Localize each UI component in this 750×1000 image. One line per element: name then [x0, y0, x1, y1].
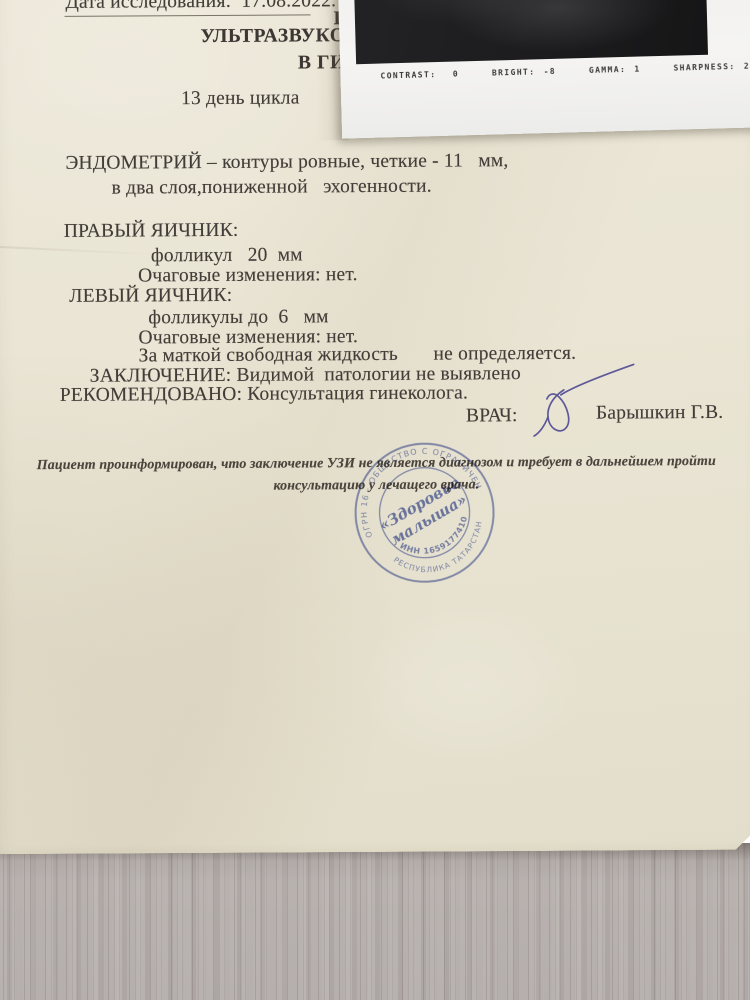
- ultrasound-printout-paper: CONTRAST: 0 BRIGHT: -8 GAMMA: 1 SHARPNES…: [337, 0, 750, 139]
- report-content: Дата исследования: 17.08.2022. П УЛЬТРАЗ…: [0, 0, 750, 852]
- endometrium-line2: в два слоя,пониженной эхогенности.: [112, 176, 432, 200]
- right-ovary-header: ПРАВЫЙ ЯИЧНИК:: [64, 220, 239, 243]
- paper-crease: [0, 246, 164, 256]
- report-sheet: Дата исследования: 17.08.2022. П УЛЬТРАЗ…: [0, 0, 750, 854]
- ultrasound-settings-line: CONTRAST: 0 BRIGHT: -8 GAMMA: 1 SHARPNES…: [380, 62, 750, 81]
- doctor-signature: [520, 348, 681, 449]
- date-underline: [65, 14, 311, 17]
- endometrium-line1: ЭНДОМЕТРИЙ – контуры ровные, четкие - 11…: [65, 150, 508, 175]
- cycle-day-line: 13 день цикла: [181, 87, 300, 110]
- ultrasound-scan-image: [354, 0, 708, 64]
- photo-of-ultrasound-report: { "report": { "date_line": "Дата исследо…: [0, 0, 750, 1000]
- clinic-round-stamp: ОГРН 16 · ОБЩЕСТВО С ОГРАНИЧЕННОЙ ОТВЕТС…: [305, 394, 543, 632]
- recommendation-line: РЕКОМЕНДОВАНО: Консультация гинеколога.: [60, 382, 468, 407]
- left-ovary-header: ЛЕВЫЙ ЯИЧНИК:: [69, 285, 232, 308]
- report-date-line: Дата исследования: 17.08.2022.: [65, 0, 336, 14]
- wood-floor-background: [0, 843, 750, 1000]
